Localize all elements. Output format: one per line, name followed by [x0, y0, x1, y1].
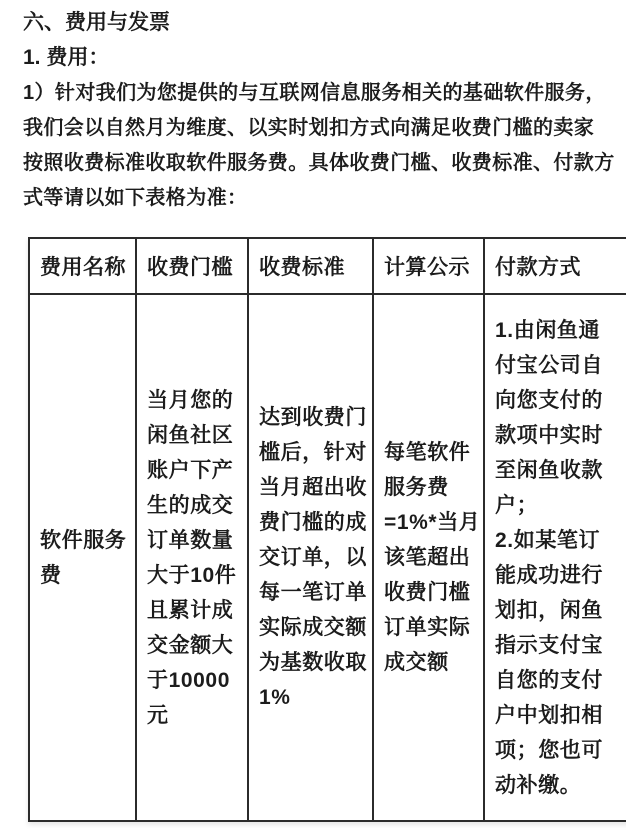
text-line: 当月您的 [147, 383, 233, 418]
text-line: 2.如某笔订 [495, 523, 600, 558]
text-line: 为基数收取 [259, 645, 367, 680]
text-line: 达到收费门 [259, 400, 367, 435]
text-line: 1.由闲鱼通 [495, 313, 600, 348]
text-line: 于10000 [147, 663, 230, 698]
text-line: 成交额 [384, 645, 449, 680]
text-line: 且累计成 [147, 593, 233, 628]
header-cell-threshold: 收费门槛 [137, 239, 249, 295]
header-cell-payment: 付款方式 [485, 239, 626, 295]
cell-fee-name: 软件服务费 [30, 295, 137, 820]
text-line: 元 [147, 698, 169, 733]
text-line: 自您的支付 [495, 663, 603, 698]
text-line: 项；您也可 [495, 733, 603, 768]
text-line: 指示支付宝 [495, 628, 603, 663]
text-line: 户中划扣相 [495, 698, 603, 733]
cell-threshold: 当月您的闲鱼社区账户下产生的成交订单数量大于10件且累计成交金额大于10000元 [137, 295, 249, 820]
text-line: 划扣，闲鱼 [495, 593, 603, 628]
text-line: 收费门槛 [384, 575, 470, 610]
intro-paragraph: 1）针对我们为您提供的与互联网信息服务相关的基础软件服务，我们会以自然月为维度、… [23, 76, 615, 216]
cell-standard: 达到收费门槛后，针对当月超出收费门槛的成交订单，以每一笔订单实际成交额为基数收取… [249, 295, 374, 820]
header-cell-fee-name: 费用名称 [30, 239, 137, 295]
text-line: 当月超出收 [259, 470, 367, 505]
text-line: 我们会以自然月为维度、以实时划扣方式向满足收费门槛的卖家 [23, 111, 615, 146]
text-line: 软件服务 [40, 523, 126, 558]
section-heading: 1. 费用： [23, 40, 109, 75]
text-line: 款项中实时 [495, 418, 603, 453]
text-line: 至闲鱼收款 [495, 453, 603, 488]
text-line: 户； [495, 488, 538, 523]
text-line: 能成功进行 [495, 558, 603, 593]
text-line: 闲鱼社区 [147, 418, 233, 453]
text-line: 大于10件 [147, 558, 236, 593]
text-line: 费 [40, 558, 62, 593]
text-line: 交金额大 [147, 628, 233, 663]
text-line: 付宝公司自 [495, 348, 603, 383]
page-title: 六、费用与发票 [23, 5, 170, 40]
text-line: 每一笔订单 [259, 575, 367, 610]
text-line: 交订单，以 [259, 540, 367, 575]
text-line: 按照收费标准收取软件服务费。具体收费门槛、收费标准、付款方 [23, 146, 615, 181]
text-line: 每笔软件 [384, 435, 470, 470]
text-line: 订单数量 [147, 523, 233, 558]
text-line: 账户下产 [147, 453, 233, 488]
text-line: 1% [259, 680, 291, 715]
document-page: { "page": { "title": "六、费用与发票", "section… [0, 0, 626, 832]
text-line: 费门槛的成 [259, 505, 367, 540]
text-line: 订单实际 [384, 610, 470, 645]
text-line: 服务费 [384, 470, 449, 505]
fee-table: 费用名称 收费门槛 收费标准 计算公示 付款方式 软件服务费 当月您的闲鱼社区账… [28, 237, 626, 822]
text-line: 式等请以如下表格为准： [23, 181, 615, 216]
header-cell-standard: 收费标准 [249, 239, 374, 295]
text-line: 实际成交额 [259, 610, 367, 645]
cell-payment: 1.由闲鱼通付宝公司自向您支付的款项中实时至闲鱼收款户；2.如某笔订能成功进行划… [485, 295, 626, 820]
text-line: 槛后，针对 [259, 435, 367, 470]
text-line: 生的成交 [147, 488, 233, 523]
text-line: 该笔超出 [384, 540, 470, 575]
cell-formula: 每笔软件服务费=1%*当月该笔超出收费门槛订单实际成交额 [374, 295, 485, 820]
text-line: =1%*当月 [384, 505, 480, 540]
text-line: 1）针对我们为您提供的与互联网信息服务相关的基础软件服务， [23, 76, 615, 111]
text-line: 向您支付的 [495, 383, 603, 418]
text-line: 动补缴。 [495, 768, 581, 803]
header-cell-formula: 计算公示 [374, 239, 485, 295]
